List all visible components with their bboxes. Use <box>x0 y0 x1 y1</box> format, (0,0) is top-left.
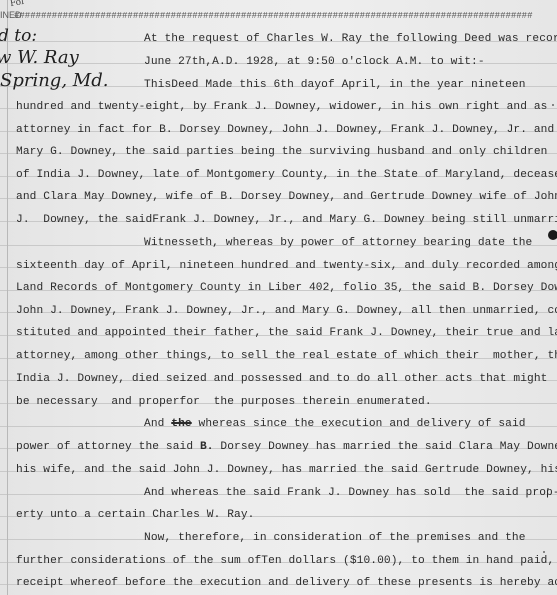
text-segment: And <box>144 418 171 430</box>
text-line: Land Records of Montgomery County in Lib… <box>16 281 557 295</box>
text-line: hundred and twenty-eight, by Frank J. Do… <box>16 100 547 114</box>
text-line: Mary G. Downey, the said parties being t… <box>16 145 547 159</box>
text-line: stituted and appointed their father, the… <box>16 326 557 340</box>
text-line: be necessary and properfor the purposes … <box>16 395 432 409</box>
text-line: June 27th,A.D. 1928, at 9:50 o'clock A.M… <box>144 55 485 69</box>
struck-word: the <box>171 418 191 430</box>
ink-speck <box>543 551 545 553</box>
text-segment: Dorsey Downey has married the said Clara… <box>214 441 557 453</box>
text-segment: attorney, among other things, to sell th… <box>16 350 557 362</box>
bold-initial: B. <box>200 441 214 453</box>
text-line: And whereas the said Frank J. Downey has… <box>144 486 557 500</box>
text-line: Witnesseth, whereas by power of attorney… <box>144 236 532 250</box>
text-line: power of attorney the said B. Dorsey Dow… <box>16 440 557 454</box>
ink-speck <box>552 104 554 106</box>
margin-note-place: Spring, Md. <box>0 70 108 91</box>
text-line: At the request of Charles W. Ray the fol… <box>144 32 557 46</box>
ink-blot <box>548 230 557 240</box>
ink-speck <box>547 488 549 490</box>
header-hash-strip: ########################################… <box>14 12 557 20</box>
text-line: sixteenth day of April, nineteen hundred… <box>16 259 557 273</box>
text-line: ThisDeed Made this 6th dayof April, in t… <box>144 78 526 92</box>
text-line: India J. Downey, died seized and possess… <box>16 372 547 386</box>
text-line: Now, therefore, in consideration of the … <box>144 531 526 545</box>
text-line: And the whereas since the execution and … <box>144 417 526 431</box>
text-line: receipt whereof before the execution and… <box>16 576 557 590</box>
corner-folio-note: Fol <box>9 0 25 9</box>
margin-note-grantee-name: w W. Ray <box>0 47 79 68</box>
text-line: attorney, among other things, to sell th… <box>16 349 557 363</box>
text-line: of India J. Downey, late of Montgomery C… <box>16 168 557 182</box>
text-line: attorney in fact for B. Dorsey Downey, J… <box>16 123 554 137</box>
text-line: further considerations of the sum ofTen … <box>16 554 554 568</box>
text-line: and Clara May Downey, wife of B. Dorsey … <box>16 190 557 204</box>
text-line: John J. Downey, Frank J. Downey, Jr., an… <box>16 304 557 318</box>
text-line: J. Downey, the saidFrank J. Downey, Jr.,… <box>16 213 557 227</box>
text-segment: power of attorney the said <box>16 441 200 453</box>
deed-record-page: Fol INED ###############################… <box>0 0 557 595</box>
text-line: his wife, and the said John J. Downey, h… <box>16 463 557 477</box>
text-line: erty unto a certain Charles W. Ray. <box>16 508 254 522</box>
text-segment: whereas since the execution and delivery… <box>192 418 526 430</box>
margin-note-recorded-to: d to: <box>0 26 37 46</box>
